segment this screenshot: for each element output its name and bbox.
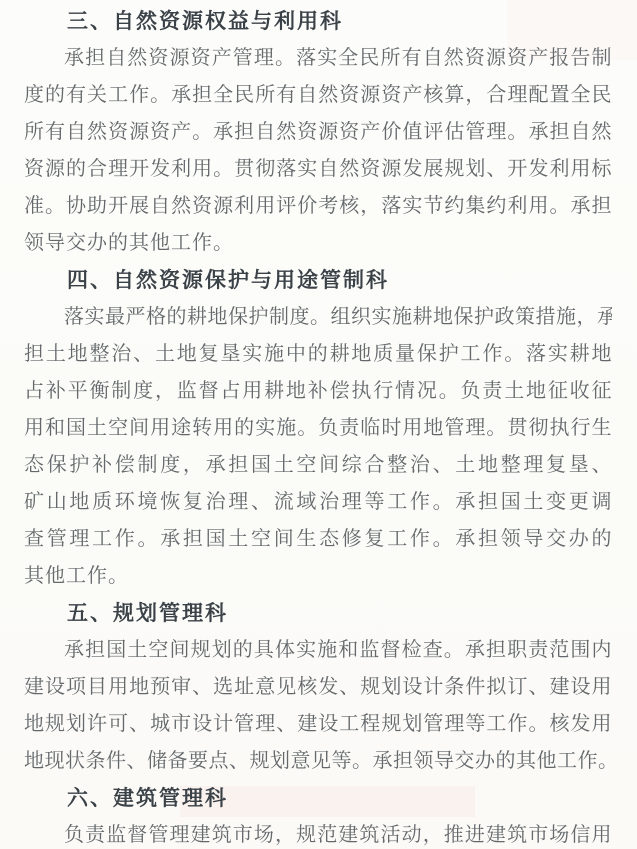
body-line: 用和国土空间用途转用的实施。负责临时用地管理。贯彻执行生 — [24, 410, 612, 447]
section-5-paragraph: 承担国土空间规划的具体实施和监督检查。承担职责范围内 建设项目用地预审、选址意见… — [24, 632, 612, 780]
body-line: 负责监督管理建筑市场，规范建筑活动，推进建筑市场信用 — [24, 817, 612, 849]
body-line: 度的有关工作。承担全民所有自然资源资产核算，合理配置全民 — [24, 77, 612, 114]
section-natural-resource-rights: 三、自然资源权益与利用科 承担自然资源资产管理。落实全民所有自然资源资产报告制 … — [24, 3, 612, 262]
section-construction-management: 六、建筑管理科 负责监督管理建筑市场，规范建筑活动，推进建筑市场信用 — [24, 780, 612, 849]
section-6-paragraph: 负责监督管理建筑市场，规范建筑活动，推进建筑市场信用 — [24, 817, 612, 849]
body-line: 矿山地质环境恢复治理、流域治理等工作。承担国土变更调 — [24, 484, 612, 521]
body-line: 落实最严格的耕地保护制度。组织实施耕地保护政策措施，承 — [24, 299, 612, 336]
section-protection-and-use-control: 四、自然资源保护与用途管制科 落实最严格的耕地保护制度。组织实施耕地保护政策措施… — [24, 262, 612, 595]
section-5-heading: 五、规划管理科 — [24, 595, 612, 632]
body-line: 地现状条件、储备要点、规划意见等。承担领导交办的其他工作。 — [24, 743, 612, 780]
body-line: 建设项目用地预审、选址意见核发、规划设计条件拟订、建设用 — [24, 669, 612, 706]
section-planning-management: 五、规划管理科 承担国土空间规划的具体实施和监督检查。承担职责范围内 建设项目用… — [24, 595, 612, 780]
body-line: 承担国土空间规划的具体实施和监督检查。承担职责范围内 — [24, 632, 612, 669]
section-4-paragraph: 落实最严格的耕地保护制度。组织实施耕地保护政策措施，承 担土地整治、土地复垦实施… — [24, 299, 612, 595]
section-4-heading: 四、自然资源保护与用途管制科 — [24, 262, 612, 299]
body-line: 资源的合理开发利用。贯彻落实自然资源发展规划、开发利用标 — [24, 151, 612, 188]
body-line: 担土地整治、土地复垦实施中的耕地质量保护工作。落实耕地 — [24, 336, 612, 373]
body-line: 所有自然资源资产。承担自然资源资产价值评估管理。承担自然 — [24, 114, 612, 151]
body-line: 领导交办的其他工作。 — [24, 225, 612, 262]
body-line: 查管理工作。承担国土空间生态修复工作。承担领导交办的 — [24, 521, 612, 558]
section-3-heading: 三、自然资源权益与利用科 — [24, 3, 612, 40]
section-3-paragraph: 承担自然资源资产管理。落实全民所有自然资源资产报告制 度的有关工作。承担全民所有… — [24, 40, 612, 262]
body-line: 准。协助开展自然资源利用评价考核，落实节约集约利用。承担 — [24, 188, 612, 225]
body-line: 占补平衡制度，监督占用耕地补偿执行情况。负责土地征收征 — [24, 373, 612, 410]
body-line: 态保护补偿制度，承担国土空间综合整治、土地整理复垦、 — [24, 447, 612, 484]
document-page: 三、自然资源权益与利用科 承担自然资源资产管理。落实全民所有自然资源资产报告制 … — [0, 0, 637, 849]
section-6-heading: 六、建筑管理科 — [24, 780, 612, 817]
body-line: 其他工作。 — [24, 558, 612, 595]
body-line: 承担自然资源资产管理。落实全民所有自然资源资产报告制 — [24, 40, 612, 77]
body-line: 地规划许可、城市设计管理、建设工程规划管理等工作。核发用 — [24, 706, 612, 743]
